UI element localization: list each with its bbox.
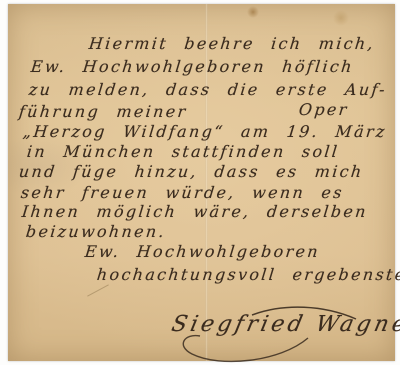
letter-line-10: beizuwohnen.: [25, 223, 167, 241]
letter-line-11: Ew. Hochwohlgeboren: [84, 243, 321, 261]
letter-line-4b: Oper: [298, 101, 350, 119]
signature-block: Siegfried Wagner: [156, 302, 371, 364]
scan-image: Hiermit beehre ich mich, Ew. Hochwohlgeb…: [0, 0, 400, 365]
letter-paper: Hiermit beehre ich mich, Ew. Hochwohlgeb…: [8, 4, 395, 361]
letter-line-3: zu melden, dass die erste Auf-: [28, 81, 388, 99]
letter-line-7: und füge hinzu, dass es mich: [18, 163, 365, 181]
paper-scratch: [87, 284, 109, 296]
letter-line-8: sehr freuen würde, wenn es: [20, 184, 345, 202]
letter-line-6: in München stattfinden soll: [26, 143, 340, 161]
letter-line-2: Ew. Hochwohlgeboren höflich: [30, 58, 355, 76]
letter-line-1: Hiermit beehre ich mich,: [88, 35, 376, 53]
letter-line-4: führung meiner: [18, 103, 188, 121]
letter-line-5: „Herzog Wildfang“ am 19. März: [22, 123, 388, 141]
letter-line-9: Ihnen möglich wäre, derselben: [21, 203, 369, 221]
letter-line-12: hochachtungsvoll ergebenster: [96, 266, 400, 284]
signature-text: Siegfried Wagner: [169, 312, 400, 337]
